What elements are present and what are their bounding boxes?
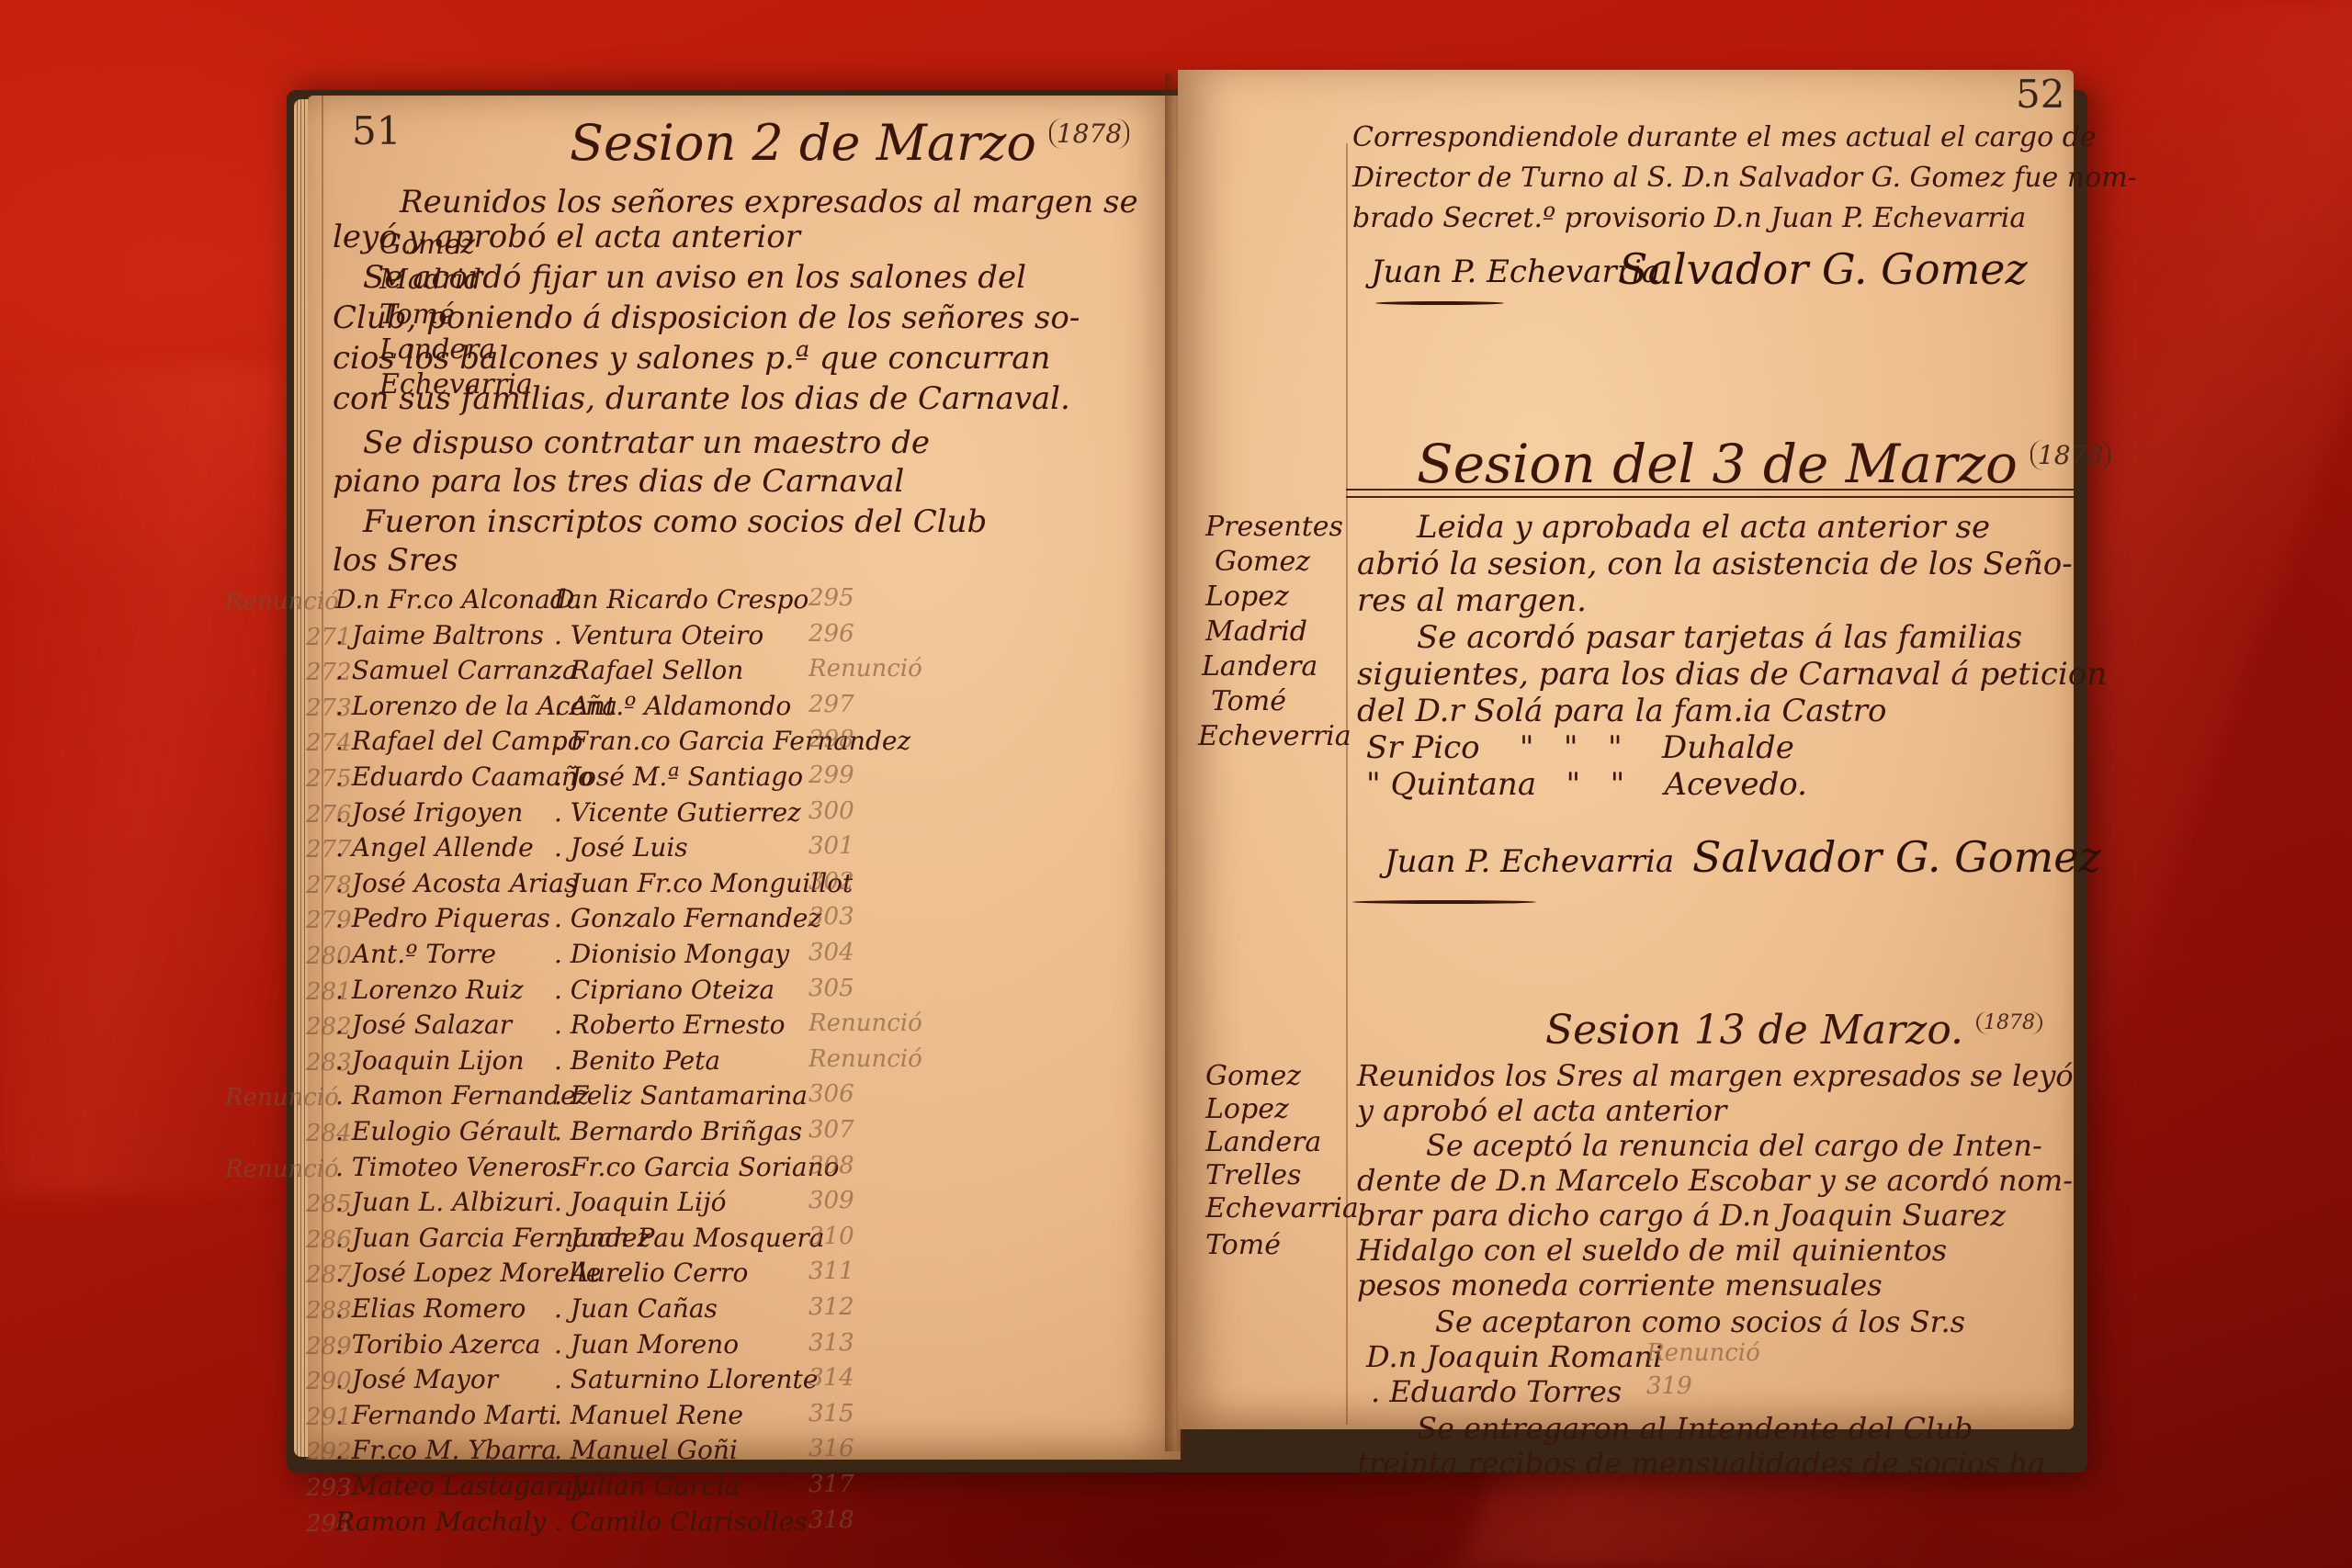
text-line: Hidalgo con el sueldo de mil quinientos — [1357, 1233, 1947, 1268]
session-heading: Sesion del 3 de Marzo1878 — [1417, 433, 2110, 495]
member-row: 280 . Ant.º Torre . Dionisio Mongay 304 — [308, 939, 1181, 972]
member-row: Renunció . Ramon Fernandez . Feliz Santa… — [308, 1080, 1181, 1113]
member-name: . Toribio Azerca — [335, 1329, 540, 1359]
member-number: 296 — [808, 620, 854, 648]
margin-name: Lopez — [1205, 581, 1289, 613]
text-line: Se dispuso contratar un maestro de — [363, 424, 930, 461]
member-row: 275 . Eduardo Caamaño . José M.ª Santiag… — [308, 761, 1181, 795]
text-line: Se acordó fijar un aviso en los salones … — [363, 259, 1026, 296]
member-name: . Joaquin Lijon — [335, 1045, 525, 1076]
margin-name: Tomé — [1205, 1229, 1281, 1261]
member-number: Renunció — [808, 655, 922, 682]
member-row: 289 . Toribio Azerca . Juan Moreno 313 — [308, 1329, 1181, 1362]
text-line: siguientes, para los dias de Carnaval á … — [1357, 656, 2107, 693]
margin-name: Presentes — [1205, 511, 1343, 543]
member-number: 313 — [808, 1329, 854, 1357]
member-row: 276 . José Irigoyen . Vicente Gutierrez … — [308, 797, 1181, 830]
member-name: . Juan Cañas — [554, 1293, 718, 1324]
text-line: Club, poniendo á disposicion de los seño… — [333, 299, 1080, 336]
year-annotation: 1878 — [2030, 440, 2110, 470]
margin-name: Gomez — [1205, 1060, 1301, 1092]
ruled-margin-line — [1346, 143, 1348, 1425]
margin-name: Landera — [1205, 1126, 1321, 1158]
member-name: . Rafael del Campo — [335, 726, 583, 756]
text-line: cios los balcones y salones p.ª que conc… — [333, 340, 1050, 377]
member-name: . Samuel Carranza — [335, 655, 578, 685]
member-row: 293 . Mateo Lastagaray . Julian Garcia 3… — [308, 1471, 1181, 1504]
member-name: . José Salazar — [335, 1010, 512, 1040]
page-number: 51 — [352, 108, 401, 153]
text-line: Sr Pico " " " Duhalde — [1366, 729, 1794, 766]
text-line: y aprobó el acta anterior — [1357, 1093, 1726, 1128]
text-line: con sus familias, durante los dias de Ca… — [333, 380, 1070, 417]
text-line: dente de D.n Marcelo Escobar y se acordó… — [1357, 1163, 2073, 1198]
member-name: . Feliz Santamarina — [554, 1080, 808, 1111]
signature-secretary: Juan P. Echevarria — [1371, 254, 1660, 290]
member-row: 278 . José Acosta Arias . Juan Fr.co Mon… — [308, 868, 1181, 901]
member-name: . Manuel Rene — [554, 1400, 743, 1430]
member-name: . José M.ª Santiago — [554, 761, 803, 792]
member-number: 303 — [808, 903, 854, 931]
member-name: . Timoteo Veneros — [335, 1152, 571, 1182]
member-name: . Juan Moreno — [554, 1329, 739, 1359]
member-name: . Fr.co M. Ybarra — [335, 1435, 557, 1465]
member-row: 273 . Lorenzo de la Aceña . Ant.º Aldamo… — [308, 691, 1181, 724]
member-row: 282 . José Salazar . Roberto Ernesto Ren… — [308, 1010, 1181, 1043]
heading-text: Sesion 13 de Marzo. — [1545, 1007, 1963, 1054]
member-number: 306 — [808, 1080, 854, 1108]
member-row: 277 . Angel Allende . José Luis 301 — [308, 832, 1181, 865]
member-name: . Aurelio Cerro — [554, 1258, 748, 1288]
text-line: Se aceptaron como socios á los Sr.s — [1435, 1304, 1965, 1339]
text-line: D.n Joaquin Romani — [1366, 1339, 1662, 1374]
member-name: . Pedro Piqueras — [335, 903, 550, 933]
margin-name: Gomez — [1215, 546, 1310, 578]
text-line: del D.r Solá para la fam.ia Castro — [1357, 693, 1887, 729]
member-name: . Rafael Sellon — [554, 655, 743, 685]
member-name: . Eulogio Gérault — [335, 1116, 558, 1146]
text-line: Leida y aprobada el acta anterior se — [1417, 509, 1990, 546]
member-number: 295 — [808, 584, 854, 612]
year-annotation: 1878 — [1976, 1011, 2042, 1034]
text-line: Reunidos los Sres al margen expresados s… — [1357, 1058, 2074, 1093]
member-row: 285 . Juan L. Albizuri . Joaquin Lijó 30… — [308, 1187, 1181, 1220]
member-number: 317 — [808, 1471, 854, 1498]
margin-name: Echevarria — [1205, 1192, 1359, 1224]
text-line: brado Secret.º provisorio D.n Juan P. Ec… — [1352, 202, 2026, 234]
session-heading: Sesion 2 de Marzo1878 — [570, 114, 1129, 172]
member-name: . Joaquin Lijó — [554, 1187, 727, 1217]
pencil-note: Renunció — [225, 1156, 339, 1183]
member-row: 279 . Pedro Piqueras . Gonzalo Fernandez… — [308, 903, 1181, 936]
member-number: 297 — [808, 691, 854, 718]
member-row: 286 . Juan Garcia Fernandez . Juan Pau M… — [308, 1223, 1181, 1256]
member-name: . Fr.co Garcia Soriano — [554, 1152, 840, 1182]
member-row: 290 . José Mayor . Saturnino Llorente 31… — [308, 1364, 1181, 1397]
member-number: 316 — [808, 1435, 854, 1462]
text-line: " Quintana " " Acevedo. — [1366, 766, 1807, 803]
member-name: . Camilo Clarisolles — [554, 1506, 808, 1537]
text-line: Director de Turno al S. D.n Salvador G. … — [1352, 162, 2137, 194]
member-name: . José Mayor — [335, 1364, 498, 1394]
member-name: D.n Ricardo Crespo — [554, 584, 808, 615]
member-name: . Manuel Goñi — [554, 1435, 738, 1465]
pencil-note: Renunció — [1646, 1339, 1760, 1367]
text-line: los Sres — [333, 542, 458, 579]
text-line: piano para los tres dias de Carnaval — [333, 463, 904, 500]
right-page: 52 Correspondiendole durante el mes actu… — [1178, 70, 2074, 1429]
member-name: . Juan L. Albizuri — [335, 1187, 554, 1217]
member-number: 298 — [808, 726, 854, 753]
member-name: . Gonzalo Fernandez — [554, 903, 821, 933]
member-number: 299 — [808, 761, 854, 789]
member-row: 283 . Joaquin Lijon . Benito Peta Renunc… — [308, 1045, 1181, 1078]
member-number: 312 — [808, 1293, 854, 1321]
member-name: . Saturnino Llorente — [554, 1364, 818, 1394]
session-heading: Sesion 13 de Marzo.1878 — [1545, 1007, 2042, 1054]
member-number: 302 — [808, 868, 854, 896]
member-name: . Cipriano Oteiza — [554, 975, 775, 1005]
signature-secretary: Juan P. Echevarria — [1385, 843, 1674, 880]
member-name: . Angel Allende — [335, 832, 534, 863]
member-row: 272 . Samuel Carranza . Rafael Sellon Re… — [308, 655, 1181, 688]
heading-text: Sesion 2 de Marzo — [570, 114, 1036, 172]
member-number: 309 — [808, 1187, 854, 1214]
text-line: pesos moneda corriente mensuales — [1357, 1268, 1883, 1303]
member-name: D.n Fr.co Alconada — [335, 584, 582, 615]
text-line: . Eduardo Torres — [1371, 1374, 1622, 1409]
member-number: 310 — [808, 1223, 854, 1250]
member-row: Renunció D.n Fr.co Alconada D.n Ricardo … — [308, 584, 1181, 617]
member-name: . Lorenzo Ruiz — [335, 975, 524, 1005]
member-name: . Dionisio Mongay — [554, 939, 789, 969]
member-name: . Ventura Oteiro — [554, 620, 763, 650]
member-row: 271 . Jaime Baltrons . Ventura Oteiro 29… — [308, 620, 1181, 653]
member-name: . Fernando Marti — [335, 1400, 557, 1430]
member-row: 274 . Rafael del Campo . Fran.co Garcia … — [308, 726, 1181, 759]
text-line: Fueron inscriptos como socios del Club — [363, 503, 987, 540]
member-number: 311 — [808, 1258, 854, 1285]
member-number: 308 — [808, 1152, 854, 1179]
text-line: leyó y aprobó el acta anterior — [333, 219, 800, 255]
member-number: 300 — [808, 797, 854, 825]
pencil-note: Renunció — [225, 588, 339, 615]
member-name: . Mateo Lastagaray — [335, 1471, 588, 1501]
margin-name: Echeverria — [1198, 720, 1351, 752]
heading-double-rule — [1346, 489, 2074, 498]
member-name: . Ramon Fernandez — [335, 1080, 589, 1111]
member-name: . Julian Garcia — [554, 1471, 740, 1501]
member-row: 288 . Elias Romero . Juan Cañas 312 — [308, 1293, 1181, 1326]
text-line: brar para dicho cargo á D.n Joaquin Suar… — [1357, 1198, 2006, 1233]
signature-president: Salvador G. Gomez — [1692, 832, 2101, 882]
text-line: abrió la sesion, con la asistencia de lo… — [1357, 546, 2073, 582]
member-name: . Ant.º Torre — [335, 939, 496, 969]
text-line: Se aceptó la renuncia del cargo de Inten… — [1426, 1128, 2042, 1163]
margin-name: Tomé — [1211, 685, 1286, 717]
member-row: 281 . Lorenzo Ruiz . Cipriano Oteiza 305 — [308, 975, 1181, 1008]
member-name: . Benito Peta — [554, 1045, 720, 1076]
member-name: . Bernardo Briñgas — [554, 1116, 802, 1146]
member-row: 284 . Eulogio Gérault . Bernardo Briñgas… — [308, 1116, 1181, 1149]
cloth-highlight — [0, 367, 294, 1194]
member-row: 291 . Fernando Marti . Manuel Rene 315 — [308, 1400, 1181, 1433]
member-name: . Vicente Gutierrez — [554, 797, 801, 828]
signature-flourish — [1352, 900, 1536, 904]
member-name: . José Irigoyen — [335, 797, 523, 828]
member-row: 294 Ramon Machaly . Camilo Clarisolles 3… — [308, 1506, 1181, 1540]
pencil-note: 319 — [1646, 1372, 1692, 1400]
member-name: . Fran.co Garcia Fernandez — [554, 726, 910, 756]
member-name: . José Luis — [554, 832, 688, 863]
member-number: 301 — [808, 832, 854, 860]
text-line: Reunidos los señores expresados al marge… — [400, 184, 1138, 220]
text-line: Se acordó pasar tarjetas á las familias — [1417, 619, 2022, 656]
member-number: 315 — [808, 1400, 854, 1427]
signature-president: Salvador G. Gomez — [1619, 244, 2028, 294]
margin-name: Lopez — [1205, 1093, 1289, 1125]
member-name: . Juan Pau Mosquera — [554, 1223, 824, 1253]
member-name: . Ant.º Aldamondo — [554, 691, 791, 721]
member-number: Renunció — [808, 1010, 922, 1037]
member-number: 314 — [808, 1364, 854, 1392]
member-row: 292 . Fr.co M. Ybarra . Manuel Goñi 316 — [308, 1435, 1181, 1468]
left-page: 51 Sesion 2 de Marzo1878 Gomez Madrid To… — [308, 96, 1181, 1460]
member-name: . Jaime Baltrons — [335, 620, 544, 650]
member-number: 318 — [808, 1506, 854, 1534]
member-name: . Elias Romero — [335, 1293, 526, 1324]
member-row: Renunció . Timoteo Veneros . Fr.co Garci… — [308, 1152, 1181, 1185]
margin-name: Landera — [1202, 650, 1317, 682]
member-number: 307 — [808, 1116, 854, 1144]
text-line: res al margen. — [1357, 582, 1587, 619]
text-line: treinta recibos de mensualidades de soci… — [1357, 1446, 2045, 1481]
page-number: 52 — [2016, 72, 2064, 117]
signature-flourish — [1375, 301, 1504, 305]
margin-name: Madrid — [1205, 615, 1307, 648]
text-line: Correspondiendole durante el mes actual … — [1352, 121, 2097, 153]
member-name: . José Acosta Arias — [335, 868, 577, 898]
heading-text: Sesion del 3 de Marzo — [1417, 433, 2018, 495]
member-name: Ramon Machaly — [335, 1506, 546, 1537]
member-name: . Roberto Ernesto — [554, 1010, 786, 1040]
year-annotation: 1878 — [1049, 118, 1129, 149]
member-row: 287 . José Lopez Morelle . Aurelio Cerro… — [308, 1258, 1181, 1291]
text-line: Se entregaron al Intendente del Club — [1417, 1411, 1973, 1446]
member-number: 304 — [808, 939, 854, 966]
pencil-note: Renunció — [225, 1084, 339, 1111]
margin-name: Trelles — [1205, 1159, 1301, 1191]
member-number: Renunció — [808, 1045, 922, 1073]
member-number: 305 — [808, 975, 854, 1002]
